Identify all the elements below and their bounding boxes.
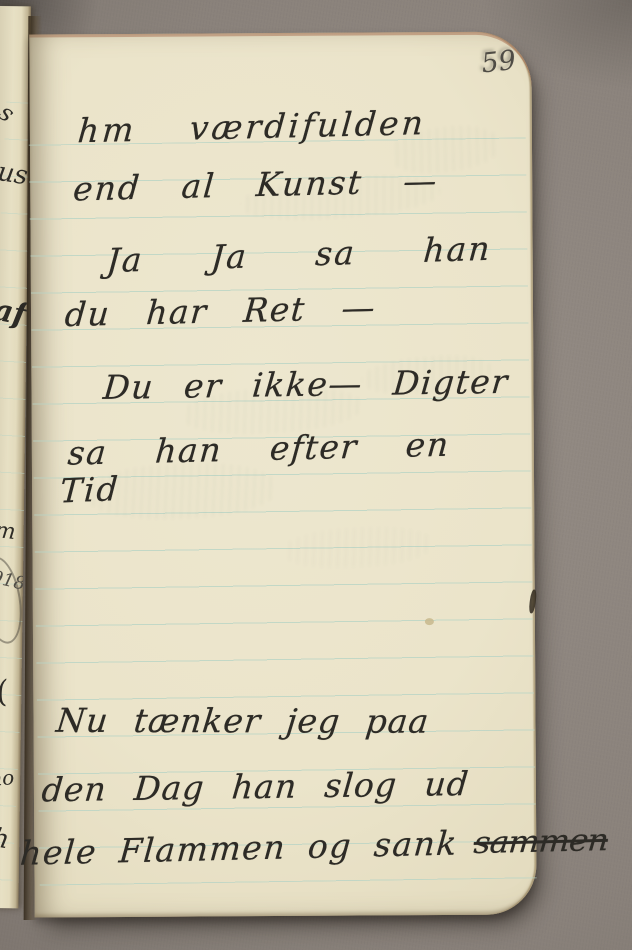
- manuscript-line: den Dag han slog ud: [40, 767, 470, 806]
- manuscript-line: Nu tænker jeg paa: [55, 704, 431, 738]
- manuscript-line: hm værdifulden: [77, 106, 428, 147]
- struck-word: sammen: [473, 824, 609, 858]
- manuscript-line: Tid: [59, 472, 121, 508]
- edge-pencil-note: 918: [0, 569, 27, 594]
- edge-ink-fragment: m: [0, 520, 17, 544]
- notebook-page: 59 hm værdifulden end al Kunst — Ja Ja s…: [29, 31, 536, 917]
- photograph-background: s us af m 918 ( no h 59 hm værdifulden e…: [0, 0, 632, 950]
- manuscript-line: du har Ret —: [64, 291, 378, 331]
- manuscript-line: sa han efter en: [67, 428, 451, 470]
- edge-ink-fragment: us: [0, 159, 30, 189]
- page-number: 59: [480, 47, 517, 78]
- paper-stain: [425, 618, 434, 625]
- manuscript-line: end al Kunst —: [72, 164, 440, 206]
- edge-ink-fragment: no: [0, 767, 15, 789]
- manuscript-line: Du er ikke— Digter: [102, 365, 510, 404]
